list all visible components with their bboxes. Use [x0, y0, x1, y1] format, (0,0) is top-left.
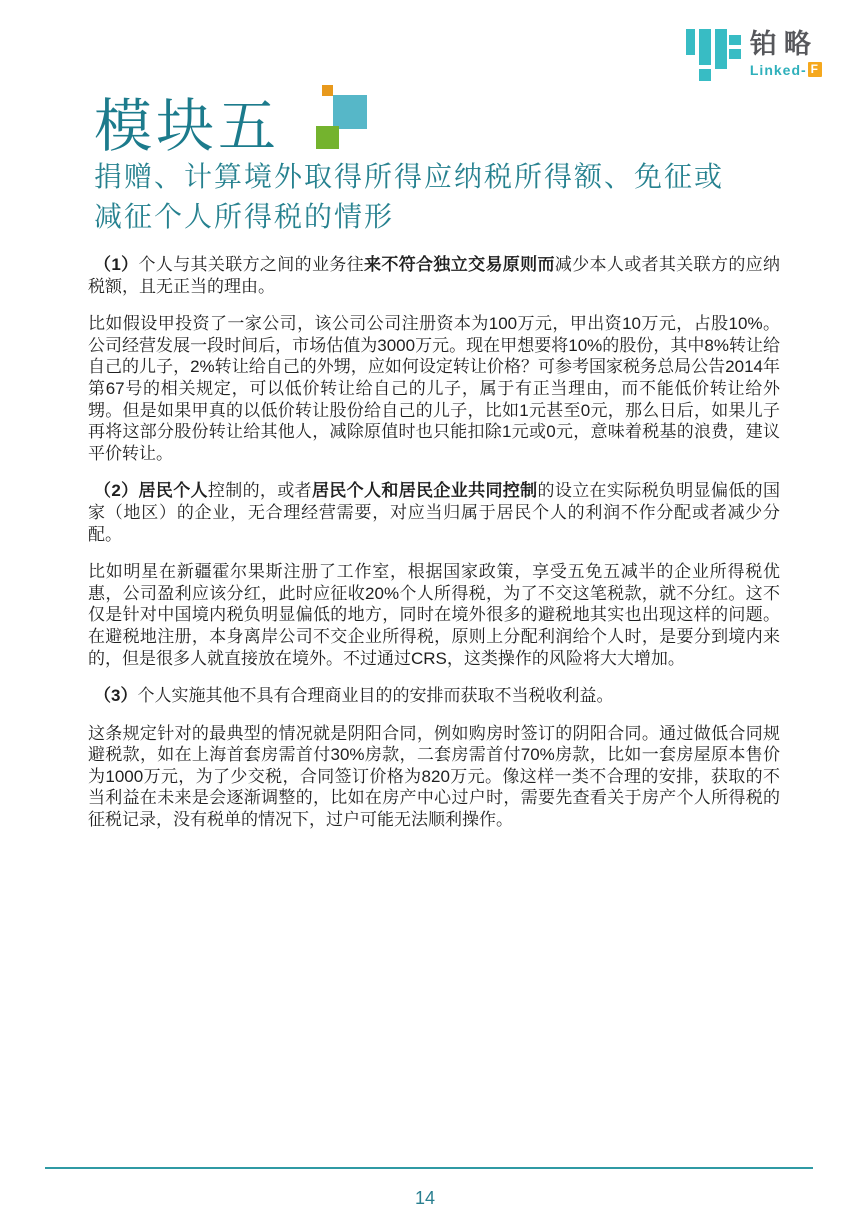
module-title: 模块五 — [94, 92, 280, 162]
brand-logo: 铂略 Linked- F — [685, 26, 822, 82]
paragraph: 比如假设甲投资了一家公司，该公司公司注册资本为100万元，甲出资10万元，占股1… — [88, 313, 780, 464]
text-run: 比如假设甲投资了一家公司，该公司公司注册资本为100万元，甲出资10万元，占股1… — [88, 314, 780, 463]
text-run: 个人与其关联方之间的业务往 — [139, 255, 365, 274]
paragraph: （1）个人与其关联方之间的业务往来不符合独立交易原则而减少本人或者其关联方的应纳… — [88, 254, 780, 297]
deco-square-green — [316, 126, 339, 149]
text-run-bold: 来不符合独立交易原则而 — [364, 255, 555, 274]
text-run-bold: 居民个人 — [139, 481, 208, 500]
paragraph: 比如明星在新疆霍尔果斯注册了工作室，根据国家政策，享受五免五减半的企业所得税优惠… — [88, 561, 780, 669]
paragraph: （2）居民个人控制的，或者居民个人和居民企业共同控制的设立在实际税负明显偏低的国… — [88, 480, 780, 545]
text-run: 控制的，或者 — [208, 481, 312, 500]
brand-name-cn: 铂略 — [750, 31, 818, 58]
brand-logo-icon — [685, 26, 741, 82]
text-run-bold: （2） — [94, 481, 139, 500]
brand-name-en: Linked- F — [750, 62, 822, 77]
content-paragraphs: （1）个人与其关联方之间的业务往来不符合独立交易原则而减少本人或者其关联方的应纳… — [88, 254, 780, 847]
paragraph: （3）个人实施其他不具有合理商业目的的安排而获取不当税收利益。 — [88, 685, 780, 707]
deco-square-orange — [322, 85, 333, 96]
text-run-bold: （1） — [94, 255, 139, 274]
paragraph: 这条规定针对的最典型的情况就是阴阳合同，例如购房时签订的阴阳合同。通过做低合同规… — [88, 723, 780, 831]
text-run-bold: 居民个人和居民企业共同控制 — [312, 481, 538, 500]
deco-square-teal — [333, 95, 367, 129]
brand-name-en-text: Linked- — [750, 63, 807, 77]
page-number: 14 — [0, 1188, 850, 1209]
footer-divider — [45, 1167, 813, 1169]
brand-f-badge: F — [808, 62, 822, 77]
text-run: 这条规定针对的最典型的情况就是阴阳合同，例如购房时签订的阴阳合同。通过做低合同规… — [88, 724, 780, 829]
text-run: 个人实施其他不具有合理商业目的的安排而获取不当税收利益。 — [137, 686, 613, 705]
text-run-bold: （3） — [94, 686, 137, 705]
text-run: 比如明星在新疆霍尔果斯注册了工作室，根据国家政策，享受五免五减半的企业所得税优惠… — [88, 562, 780, 667]
document-page: 铂略 Linked- F 模块五 捐赠、计算境外取得所得应纳税所得额、免征或减征… — [0, 0, 850, 1228]
brand-logo-text: 铂略 Linked- F — [750, 31, 822, 77]
module-subtitle: 捐赠、计算境外取得所得应纳税所得额、免征或减征个人所得税的情形 — [94, 158, 734, 238]
